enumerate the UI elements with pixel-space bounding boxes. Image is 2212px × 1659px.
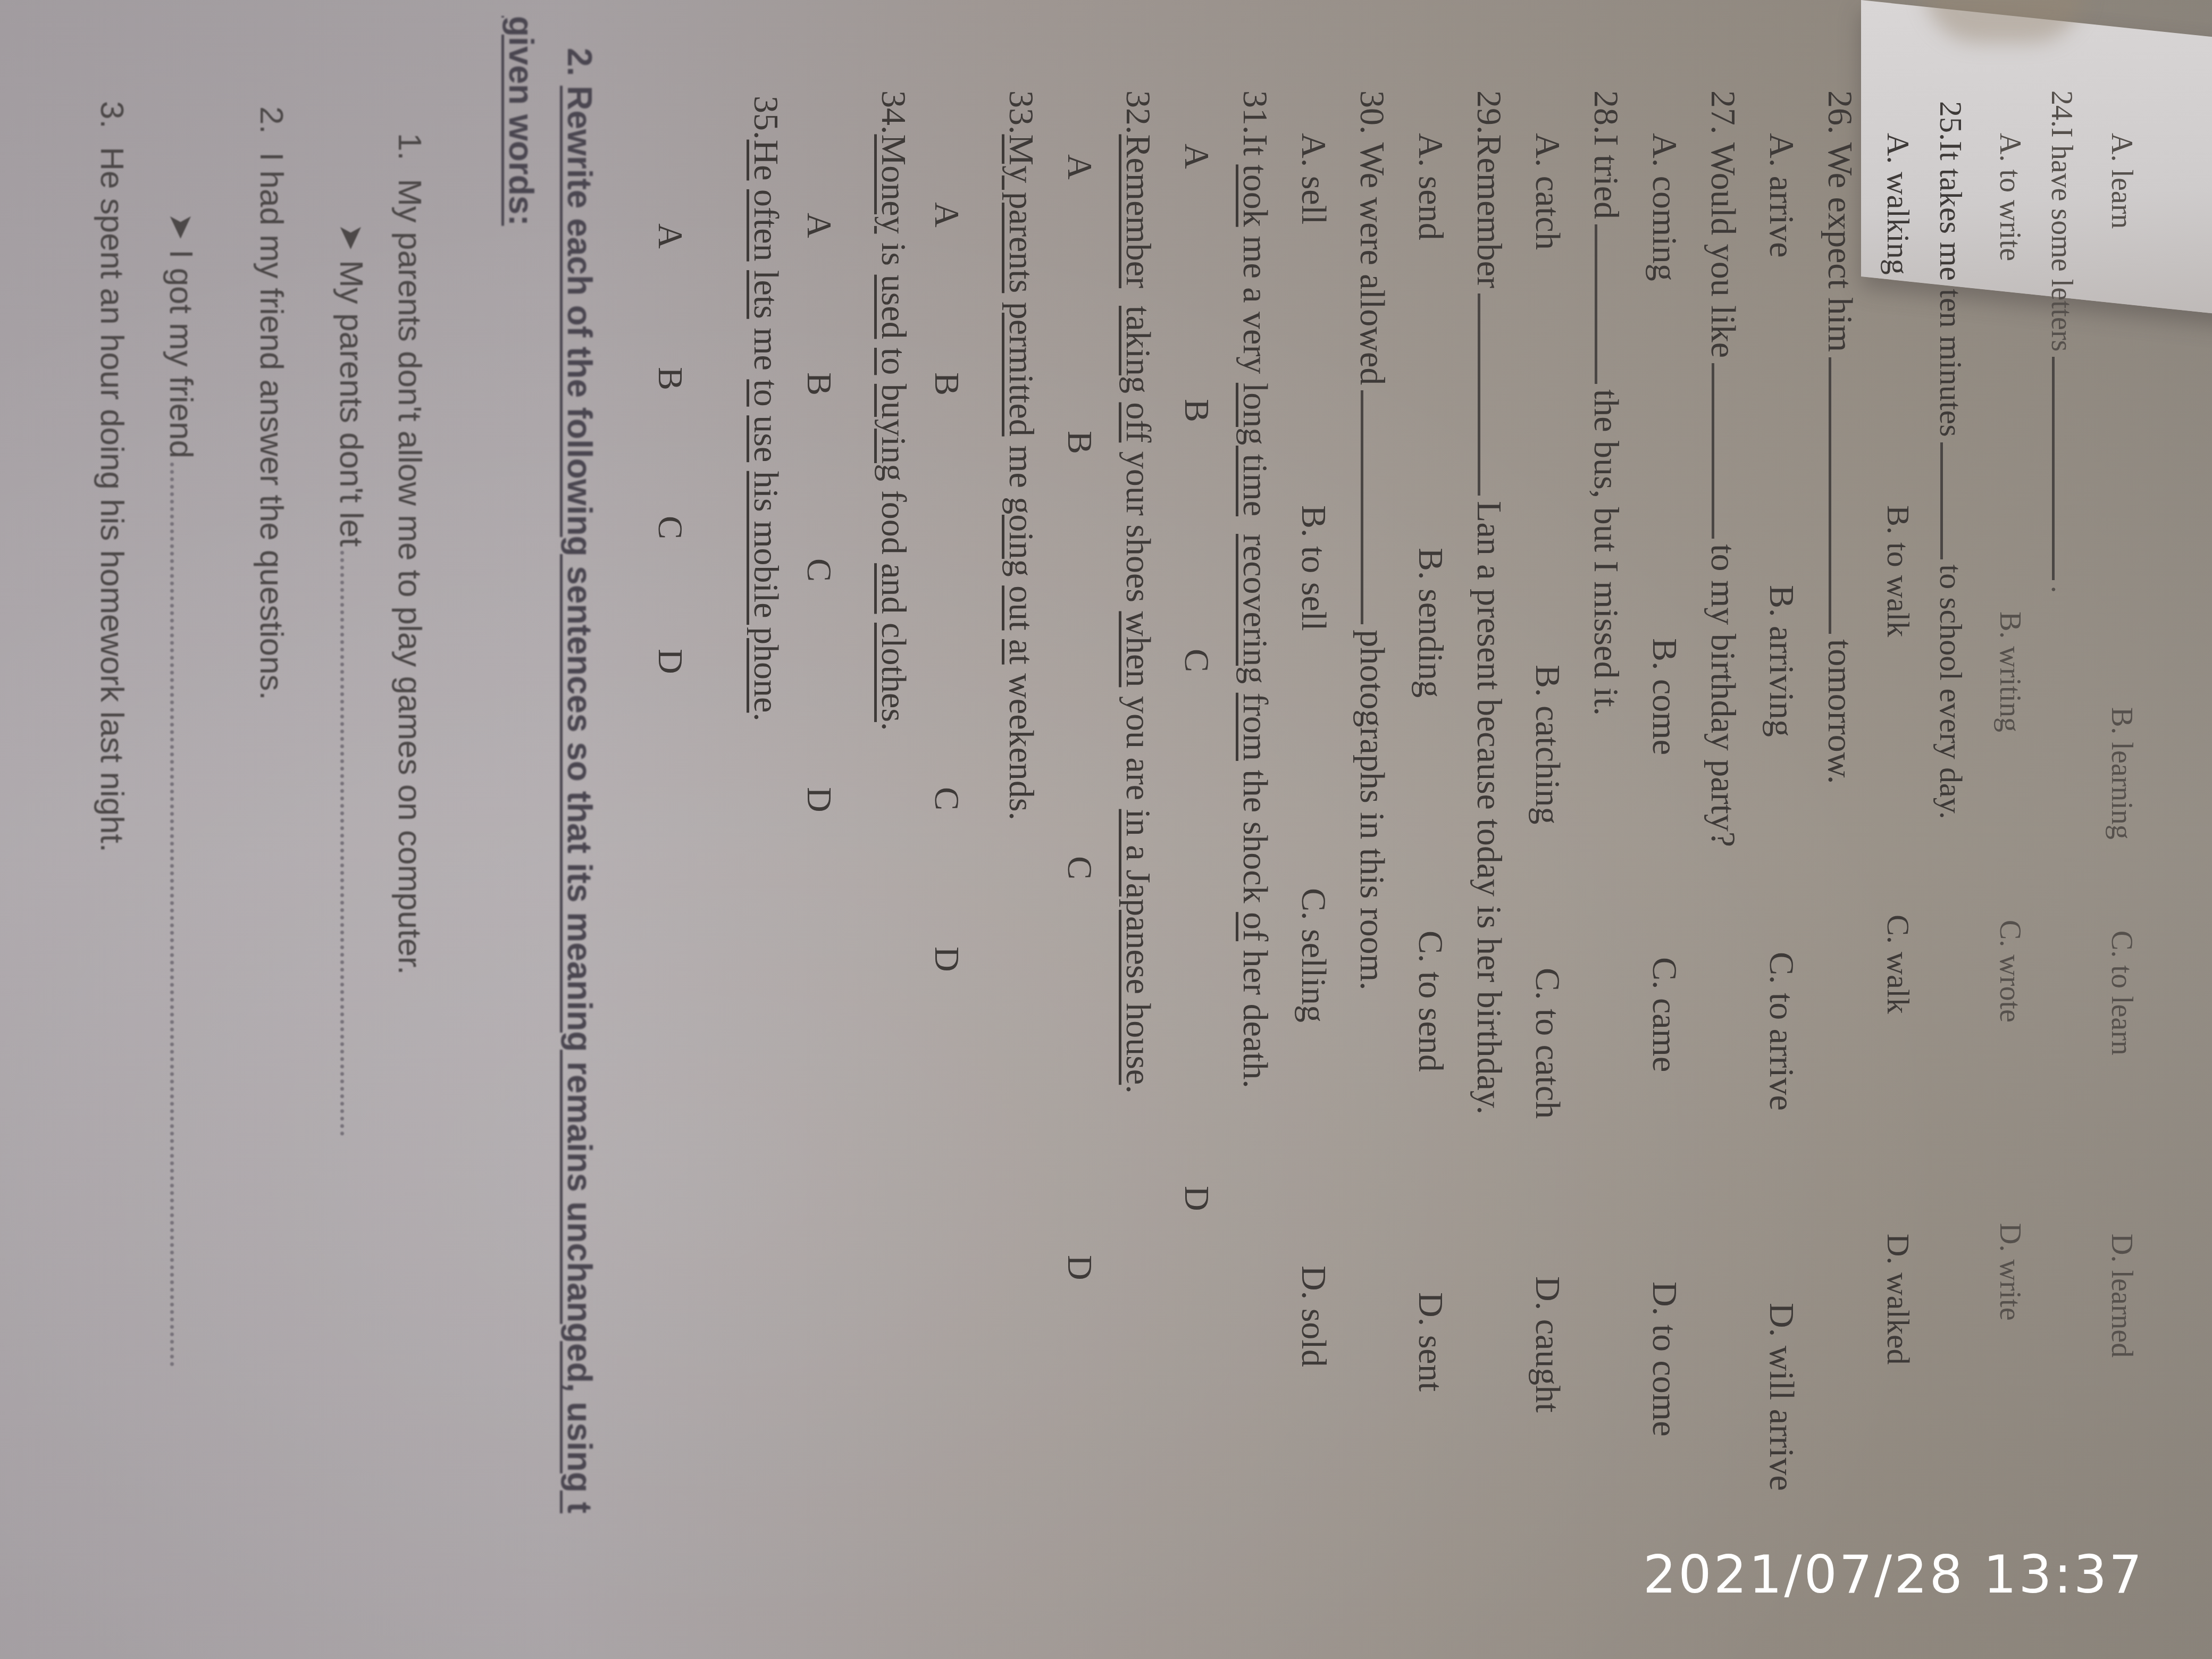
worksheet-page: A. learn B. learning C. to learn D. lear…: [0, 0, 2212, 1659]
section-number: 2.: [560, 48, 599, 76]
option-c: C. to catch: [1526, 968, 1569, 1119]
answer-blank[interactable]: [1595, 224, 1627, 384]
question-29: 29.RememberLan a present because today i…: [1468, 90, 1510, 1115]
letter-c: C: [798, 558, 840, 582]
question-number: 31.: [1236, 90, 1275, 135]
underlined-d: in a Japanese house: [1119, 809, 1158, 1085]
item-sentence: My parents don't allow me to play games …: [391, 179, 428, 975]
answer-blank[interactable]: [1478, 294, 1510, 496]
question-text: We expect him: [1821, 143, 1859, 352]
text: [874, 375, 913, 384]
option-d: D. to come: [1643, 1281, 1686, 1436]
rewrite-item-2: 2. I had my friend answer the questions.: [250, 106, 292, 700]
option-d: D. walked: [1877, 1234, 1920, 1365]
section-2-heading-cont: given words:: [500, 16, 542, 226]
question-text: I tried: [1587, 135, 1626, 219]
text: is: [874, 233, 913, 274]
letter-b: B: [925, 372, 968, 396]
underlined-b2: off: [1119, 403, 1158, 443]
option-b: B. arriving: [1760, 585, 1803, 737]
letter-b: B: [1175, 399, 1218, 422]
text: It: [1236, 135, 1275, 165]
text: [747, 462, 785, 471]
text: [874, 614, 913, 623]
text: [747, 180, 785, 189]
rewrite-answer-1: ➤ My parents don't let: [330, 223, 372, 1136]
text: [747, 262, 785, 271]
option-d: D. sold: [1292, 1266, 1335, 1367]
letter-a: A: [1175, 144, 1218, 169]
underlined-c: going: [1002, 497, 1041, 576]
letter-a: A: [649, 223, 691, 249]
question-number: 30.: [1353, 90, 1392, 135]
option-a: A. arrive: [1760, 133, 1803, 258]
section-instructions: Rewrite each of the following sentences …: [560, 86, 599, 1513]
question-text-end: the bus, but I missed it.: [1587, 389, 1626, 716]
option-b: B. catching: [1526, 665, 1569, 825]
underlined-d: of: [1236, 912, 1275, 941]
photo-timestamp: 2021/07/28 13:37: [1643, 1545, 2144, 1605]
option-c: C. came: [1643, 957, 1686, 1072]
question-34: 34.Money is used to buying food and clot…: [872, 90, 915, 731]
underlined-b: long time: [1236, 383, 1275, 516]
text: her death.: [1236, 941, 1275, 1088]
question-number: 26.: [1821, 90, 1859, 135]
question-text: Would you like: [1704, 143, 1742, 358]
question-number: 34.: [874, 90, 913, 135]
option-a: A. to write: [1989, 133, 2031, 261]
underlined-c: when: [1119, 611, 1158, 687]
text: [1236, 684, 1275, 693]
underlined-c2: out: [1002, 585, 1041, 630]
underlined-b: permitted: [1002, 302, 1041, 437]
option-b: B. to sell: [1292, 505, 1335, 631]
item-number: 2.: [253, 106, 290, 134]
text: me: [1002, 437, 1041, 497]
text: [1002, 631, 1041, 640]
underlined-c2: from: [1236, 693, 1275, 761]
text: food: [874, 481, 913, 563]
question-32: 32.Remember taking off your shoes when y…: [1117, 90, 1159, 1094]
question-number: 25.: [1933, 101, 1968, 141]
option-a: A. learn: [2100, 133, 2143, 229]
question-text-end: to school every day.: [1933, 565, 1968, 819]
letter-c: C: [1058, 856, 1101, 879]
text: [1002, 293, 1041, 302]
section-instructions-end: given words:: [502, 16, 540, 226]
underlined-c: buying: [874, 384, 913, 481]
option-a: A. sell: [1292, 133, 1335, 224]
text: .: [1119, 1085, 1158, 1094]
option-d: D. will arrive: [1760, 1303, 1803, 1491]
question-number: 35.: [747, 96, 785, 140]
underlined-a2: often: [747, 189, 785, 262]
option-d: D. caught: [1526, 1276, 1569, 1413]
question-text: It takes me ten minutes: [1933, 141, 1968, 437]
underlined-d: at: [1002, 639, 1041, 665]
option-b: B. to walk: [1877, 505, 1920, 637]
answer-blank[interactable]: [1940, 442, 1973, 559]
item-sentence: He spent an hour doing his homework last…: [94, 147, 130, 852]
question-text-end: to my birthday party?: [1704, 544, 1742, 847]
question-text-end: tomorrow.: [1821, 639, 1859, 784]
option-d: D. learned: [2100, 1234, 2143, 1358]
letter-a: A: [1058, 154, 1101, 180]
arrow-bullet-icon: ➤: [163, 213, 199, 240]
underlined-b: used: [874, 275, 913, 339]
underlined-a: My parents: [1002, 135, 1041, 294]
underlined-c2: and: [874, 563, 913, 614]
underlined-d: clothes: [874, 623, 913, 722]
text: you are: [1119, 687, 1158, 809]
option-b: B. sending: [1409, 548, 1452, 698]
question-text-end: photographs in this room.: [1353, 630, 1392, 990]
question-31: 31.It took me a very long time recoverin…: [1234, 90, 1276, 1088]
letter-d: D: [1175, 1186, 1218, 1211]
letter-b: B: [798, 372, 840, 396]
text: [1002, 577, 1041, 586]
text: me: [747, 319, 785, 380]
option-a: A. catch: [1526, 133, 1569, 250]
answer-blank[interactable]: [1361, 390, 1393, 624]
option-c: C. selling: [1292, 888, 1335, 1023]
item-number: 3.: [94, 101, 130, 129]
answer-blank[interactable]: [1829, 357, 1861, 634]
question-number: 33.: [1002, 90, 1041, 135]
text: [747, 407, 785, 416]
question-text: We were allowed: [1353, 143, 1392, 385]
text: .: [874, 722, 913, 731]
question-text-end: Lan a present because today is her birth…: [1470, 501, 1509, 1115]
text: [874, 339, 913, 348]
rewrite-item-1: 1. My parents don't allow me to play gam…: [388, 133, 431, 975]
letter-d: D: [798, 787, 840, 812]
rewrite-answer-2: ➤ I got my friend: [160, 213, 202, 1367]
answer-prompt: My parents don't let: [333, 260, 370, 547]
underlined-b: lets: [747, 270, 785, 319]
letter-c: C: [1175, 649, 1218, 672]
answer-prompt: I got my friend: [163, 249, 199, 458]
letter-a: A: [925, 202, 968, 228]
question-27: 27. Would you liketo my birthday party?: [1702, 90, 1744, 847]
question-28: 28.I triedthe bus, but I missed it.: [1585, 90, 1627, 716]
underlined-c: recovering: [1236, 534, 1275, 684]
option-c: C. walk: [1877, 915, 1920, 1014]
item-sentence: I had my friend answer the questions.: [253, 152, 290, 700]
question-number: 32.: [1119, 90, 1158, 135]
question-30: 30. We were allowedphotographs in this r…: [1351, 90, 1393, 991]
option-c: C. wrote: [1989, 920, 2031, 1023]
text: [1236, 516, 1275, 534]
question-25: 25.It takes me ten minutesto school ever…: [1930, 101, 1973, 819]
underlined-c2: use: [747, 415, 785, 462]
underlined-a: Money: [874, 135, 913, 234]
underlined-d: his mobile phone: [747, 471, 785, 713]
answer-line[interactable]: [170, 463, 195, 1367]
letter-c: C: [649, 516, 691, 539]
option-a: A. coming: [1643, 133, 1686, 281]
question-text: Remember: [1470, 135, 1509, 289]
letter-b: B: [1058, 431, 1101, 454]
letter-c: C: [925, 787, 968, 810]
text: the shock: [1236, 761, 1275, 912]
option-b: B. come: [1643, 638, 1686, 755]
item-number: 1.: [391, 133, 428, 161]
underlined-b2: to: [874, 348, 913, 375]
question-text: I have some letters: [2045, 128, 2078, 351]
underlined-a: took: [1236, 164, 1275, 227]
option-d: D. write: [1989, 1223, 2031, 1321]
question-text-end: .: [2045, 585, 2078, 593]
underlined-a: He: [747, 140, 785, 181]
option-c: C. to arrive: [1760, 952, 1803, 1111]
answer-blank[interactable]: [2052, 357, 2084, 580]
option-c: C. to learn: [2100, 931, 2143, 1055]
text: weekends.: [1002, 665, 1041, 820]
text: me a very: [1236, 227, 1275, 383]
rewrite-item-3: 3. He spent an hour doing his homework l…: [90, 101, 133, 852]
option-b: B. writing: [1989, 611, 2031, 732]
question-24: 24.I have some letters.: [2040, 90, 2084, 593]
question-number: 27.: [1704, 90, 1742, 135]
option-b: B. learning: [2100, 707, 2143, 840]
question-number: 29.: [1470, 90, 1509, 135]
text: [1119, 393, 1158, 403]
underlined-a: Remember: [1119, 135, 1158, 289]
letter-d: D: [649, 649, 691, 674]
text: .: [747, 713, 785, 722]
letter-a: A: [798, 213, 840, 238]
section-2-heading: 2. Rewrite each of the following sentenc…: [558, 48, 601, 1513]
question-number: 28.: [1587, 90, 1626, 135]
letter-b: B: [649, 367, 691, 390]
question-35: 35.He often lets me to use his mobile ph…: [744, 96, 787, 722]
arrow-bullet-icon: ➤: [333, 223, 370, 251]
letter-d: D: [1058, 1255, 1101, 1280]
question-26: 26. We expect himtomorrow.: [1819, 90, 1861, 784]
question-number: 24.: [2045, 90, 2078, 128]
question-33: 33.My parents permitted me going out at …: [1000, 90, 1042, 820]
letter-d: D: [925, 946, 968, 972]
underlined-c: to: [747, 379, 785, 406]
answer-blank[interactable]: [1712, 363, 1744, 539]
underlined-b: taking: [1119, 306, 1158, 393]
text: your shoes: [1119, 442, 1158, 611]
text: [1119, 288, 1158, 306]
option-d: D. sent: [1409, 1292, 1452, 1392]
option-a: A. walking: [1877, 133, 1920, 275]
option-a: A. send: [1409, 133, 1452, 240]
option-c: C. to send: [1409, 931, 1452, 1072]
answer-line[interactable]: [340, 551, 365, 1136]
